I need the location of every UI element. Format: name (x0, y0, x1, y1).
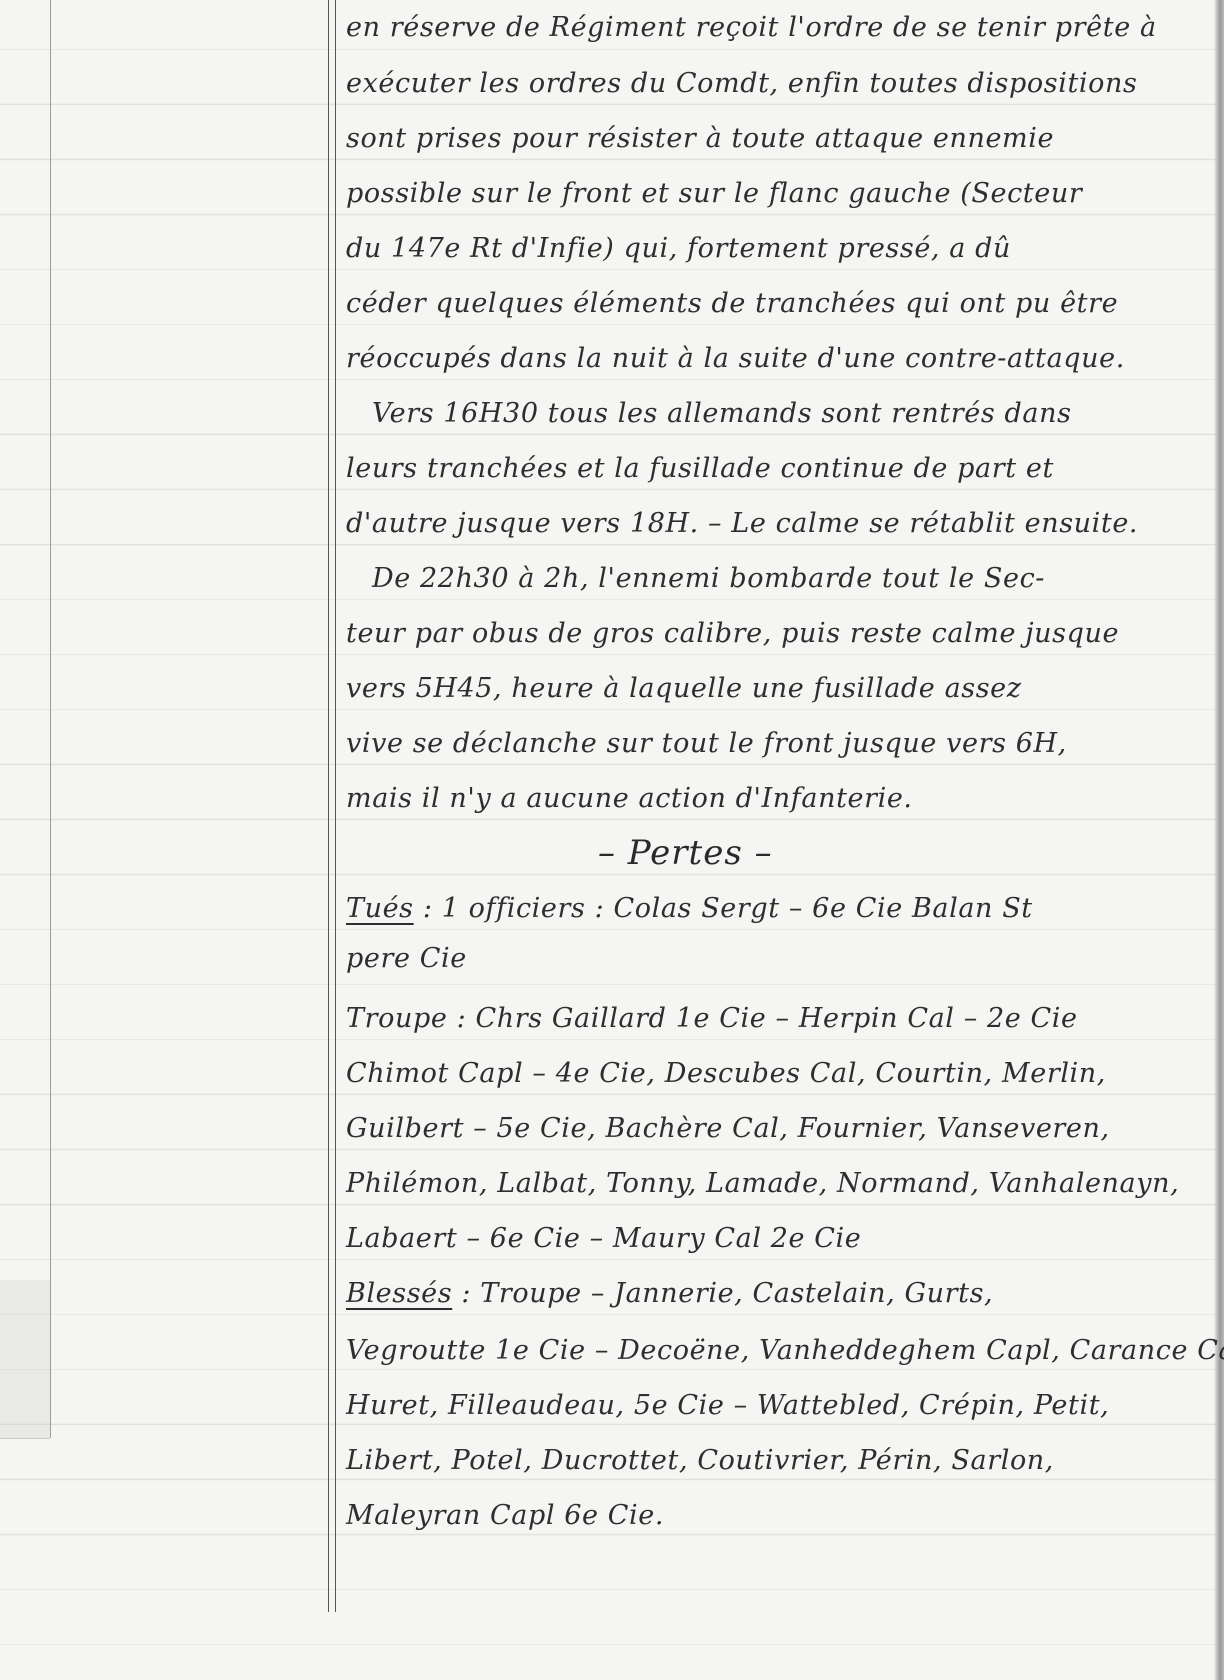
wounded-line: Maleyran Capl 6e Cie. (346, 1502, 664, 1529)
wounded-line: Libert, Potel, Ducrottet, Coutivrier, Pé… (346, 1447, 1054, 1474)
narrative-line: du 147e Rt d'Infie) qui, fortement press… (346, 235, 1011, 262)
troops-line: Chimot Capl – 4e Cie, Descubes Cal, Cour… (346, 1060, 1106, 1087)
narrative-line: en réserve de Régiment reçoit l'ordre de… (346, 14, 1157, 41)
narrative-line: Vers 16H30 tous les allemands sont rentr… (372, 400, 1072, 427)
narrative-line: d'autre jusque vers 18H. – Le calme se r… (346, 510, 1138, 537)
wounded-line: Blessés : Troupe – Jannerie, Castelain, … (346, 1280, 993, 1307)
narrative-line: sont prises pour résister à toute attaqu… (346, 125, 1054, 152)
narrative-line: céder quelques éléments de tranchées qui… (346, 290, 1118, 317)
narrative-line: mais il n'y a aucune action d'Infanterie… (346, 785, 913, 812)
document-page: en réserve de Régiment reçoit l'ordre de… (0, 0, 1224, 1680)
killed-officers: : 1 officiers : Colas Sergt – 6e Cie Bal… (423, 893, 1033, 924)
troops-line: Guilbert – 5e Cie, Bachère Cal, Fournier… (346, 1115, 1110, 1142)
left-margin-shade (0, 1280, 50, 1439)
narrative-line: réoccupés dans la nuit à la suite d'une … (346, 345, 1125, 372)
wounded-line: Huret, Filleaudeau, 5e Cie – Wattebled, … (346, 1392, 1109, 1419)
narrative-line: possible sur le front et sur le flanc ga… (346, 180, 1082, 207)
troops-line: Philémon, Lalbat, Tonny, Lamade, Normand… (346, 1170, 1179, 1197)
killed-line-cont: pere Cie (346, 945, 467, 972)
narrative-line: teur par obus de gros calibre, puis rest… (346, 620, 1119, 647)
killed-line: Tués : 1 officiers : Colas Sergt – 6e Ci… (346, 895, 1033, 922)
troops-line: Troupe : Chrs Gaillard 1e Cie – Herpin C… (346, 1005, 1078, 1032)
wounded-line: Vegroutte 1e Cie – Decoëne, Vanheddeghem… (346, 1337, 1224, 1364)
killed-label: Tués (346, 893, 414, 924)
margin-line-inner (335, 0, 336, 1612)
margin-line-outer (328, 0, 329, 1612)
narrative-line: exécuter les ordres du Comdt, enfin tout… (346, 70, 1137, 97)
troops-line: Labaert – 6e Cie – Maury Cal 2e Cie (346, 1225, 861, 1252)
wounded-label: Blessés (346, 1278, 452, 1309)
narrative-line: De 22h30 à 2h, l'ennemi bombarde tout le… (372, 565, 1045, 592)
narrative-line: vers 5H45, heure à laquelle une fusillad… (346, 675, 1022, 702)
narrative-line: vive se déclanche sur tout le front jusq… (346, 730, 1067, 757)
wounded-troops: : Troupe – Jannerie, Castelain, Gurts, (461, 1278, 993, 1309)
section-heading-pertes: – Pertes – (598, 833, 773, 873)
left-vertical-rule (50, 0, 51, 1438)
narrative-line: leurs tranchées et la fusillade continue… (346, 455, 1054, 482)
